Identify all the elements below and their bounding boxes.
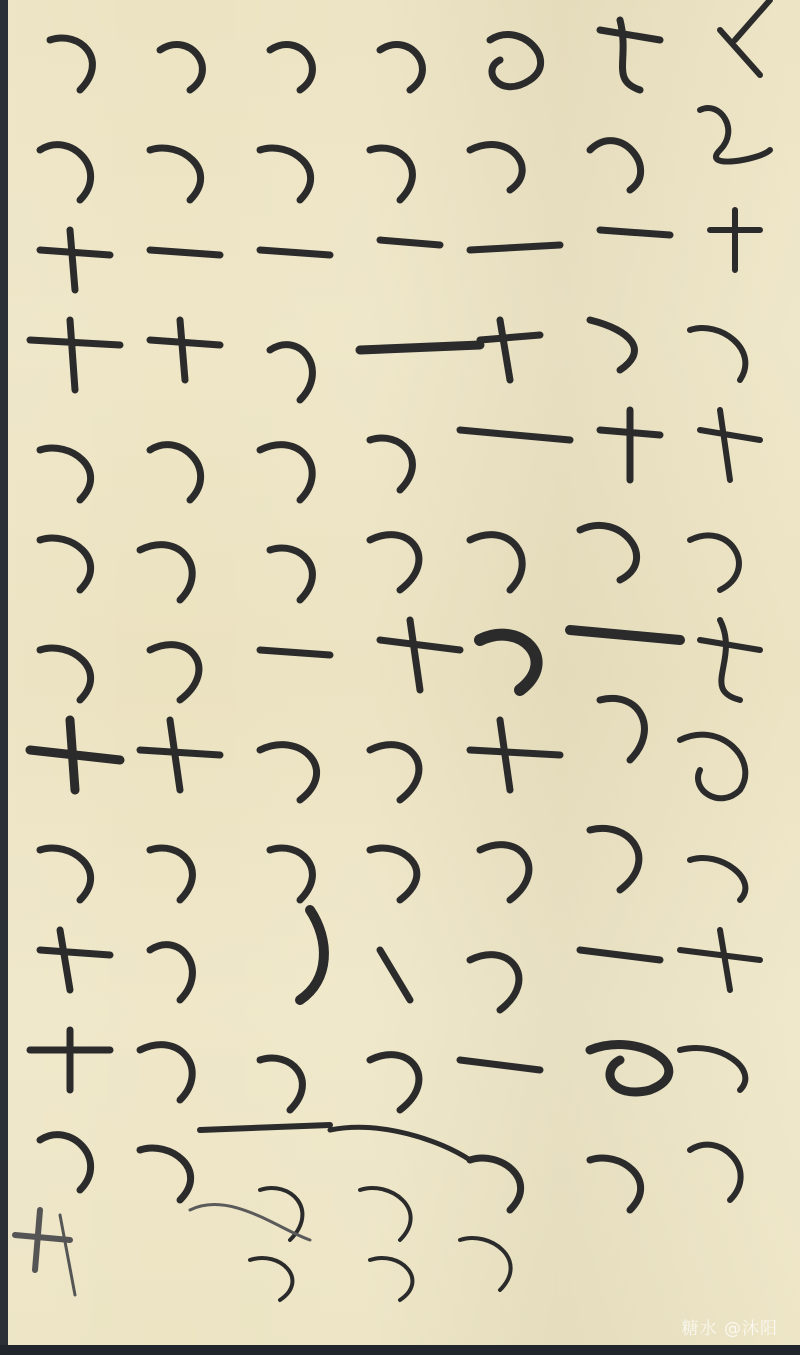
watermark-text: 糖水 @沐阳: [682, 1314, 778, 1339]
calligraphy-strokes: [0, 0, 800, 1355]
calligraphy-photo: 糖水 @沐阳: [0, 0, 800, 1355]
